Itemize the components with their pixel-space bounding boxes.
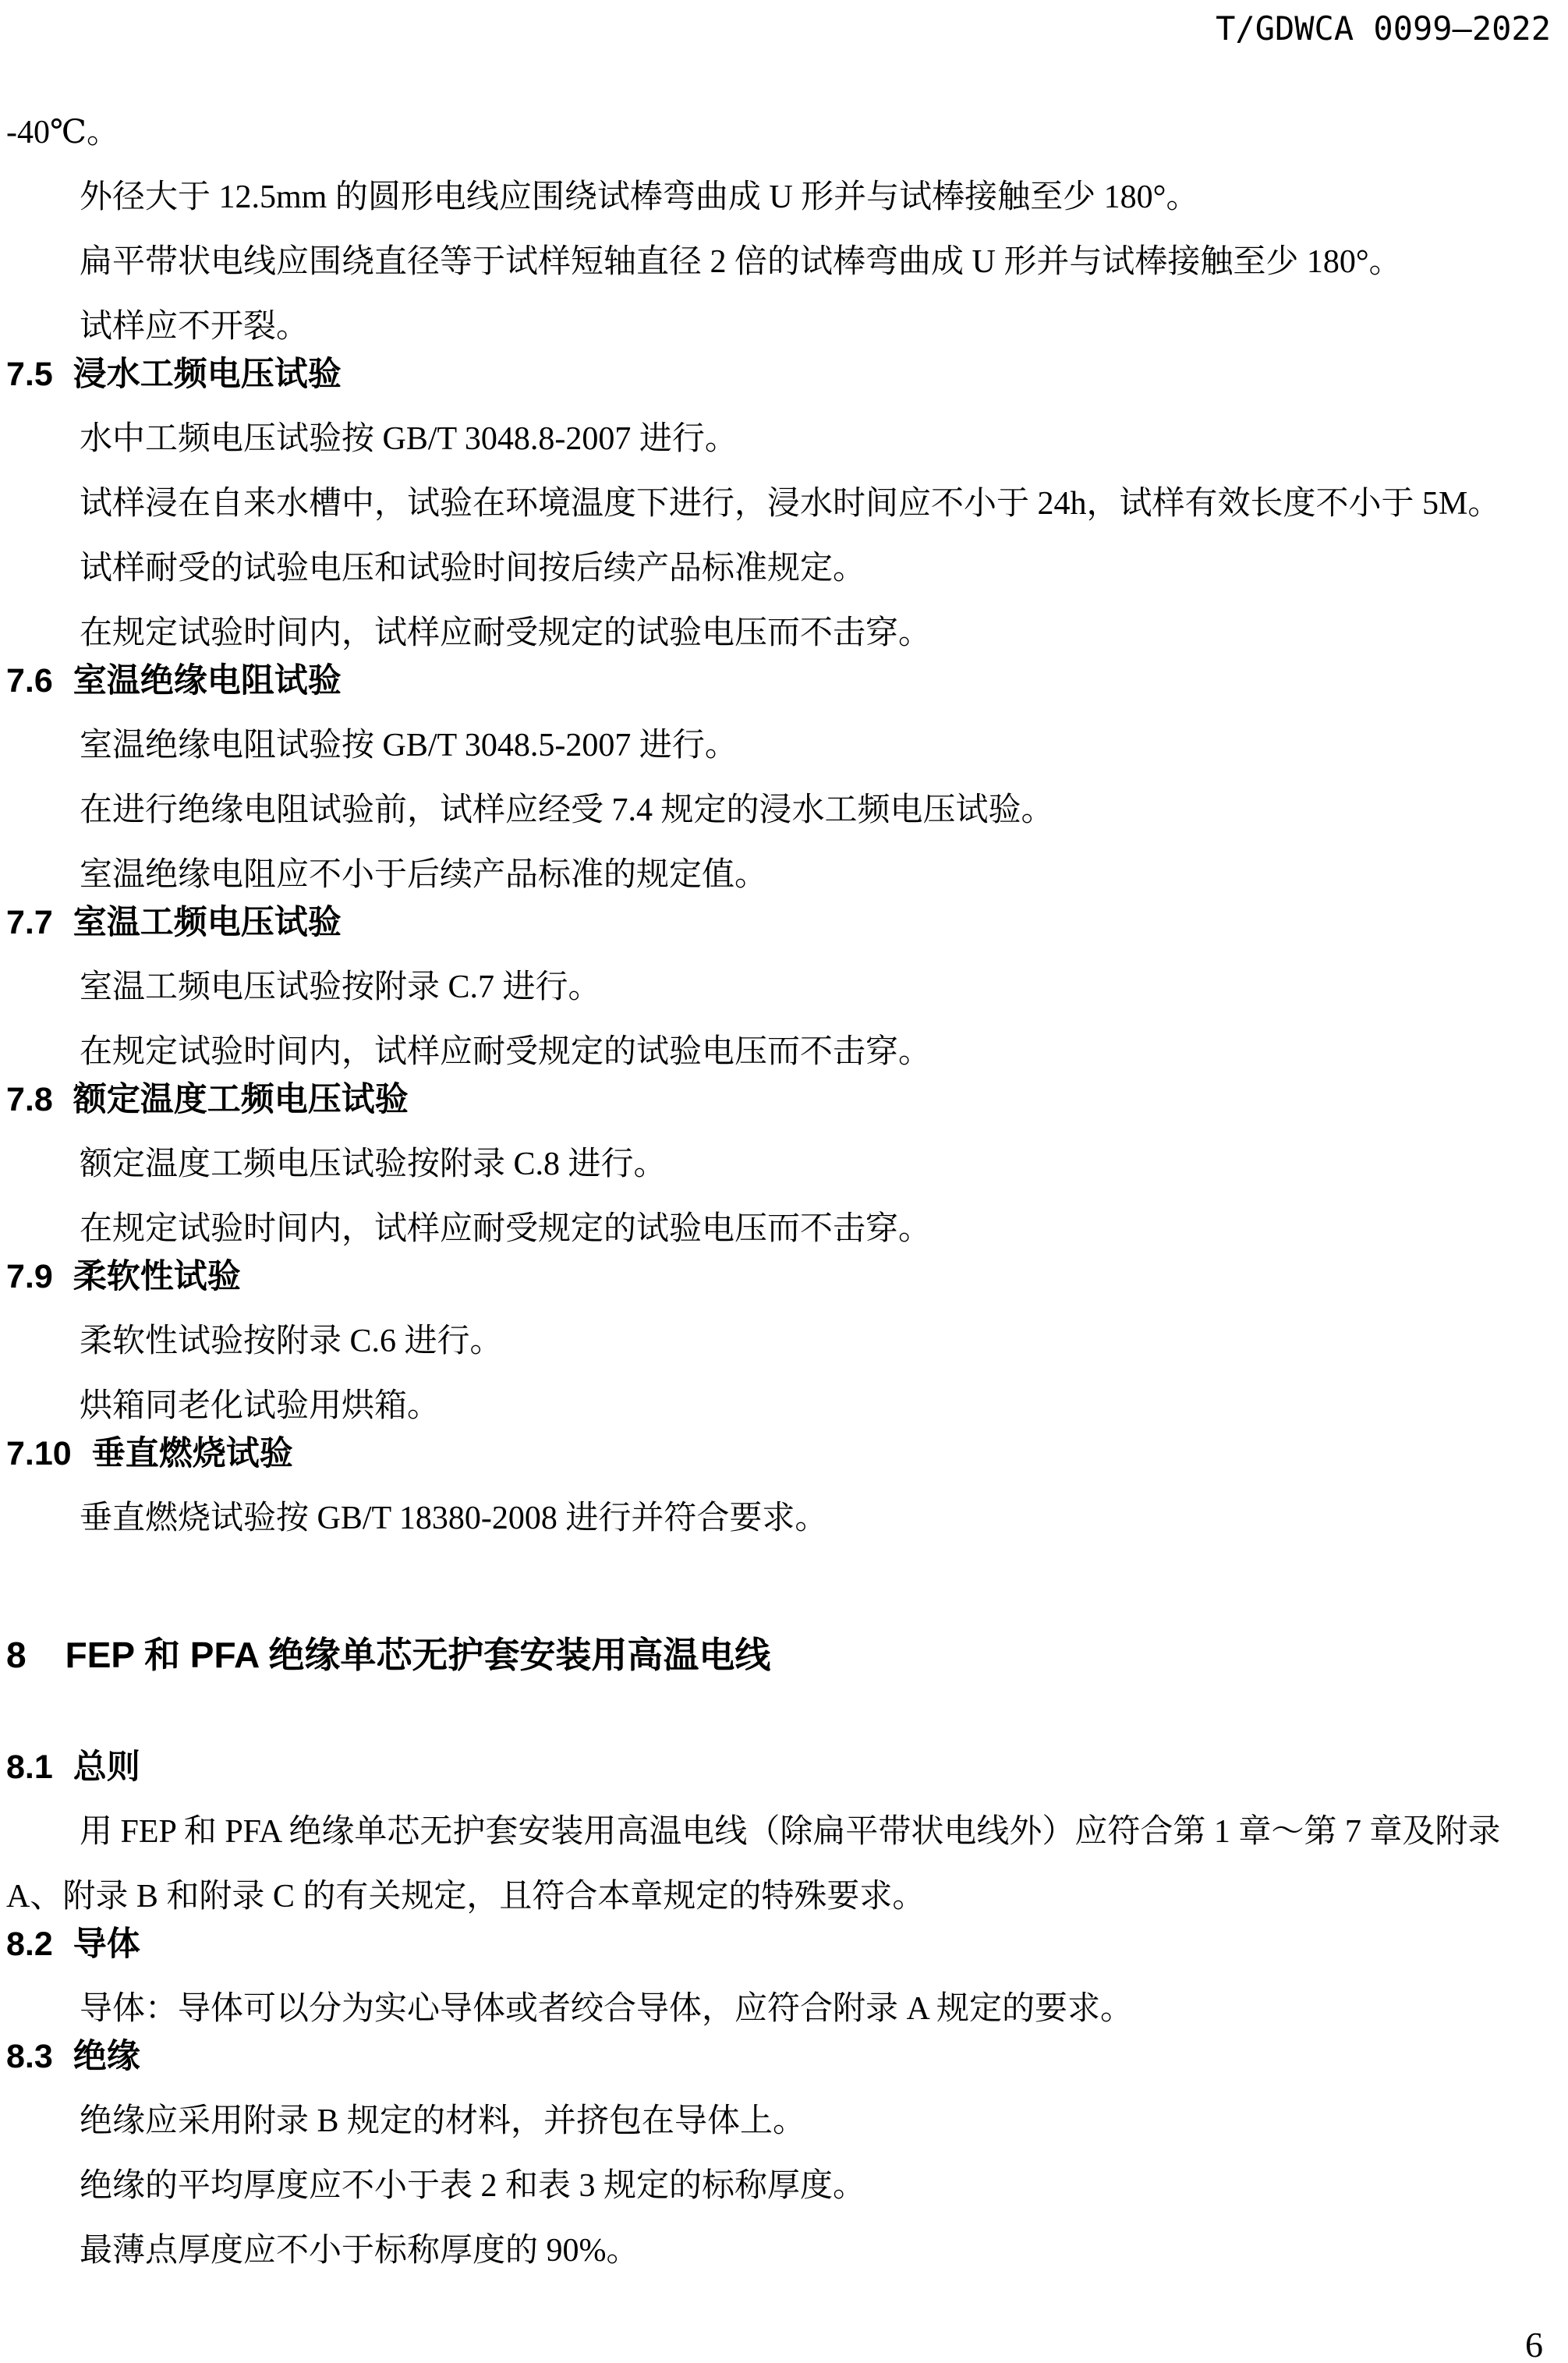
- paragraph: 绝缘应采用附录 B 规定的材料，并挤包在导体上。: [6, 2089, 1560, 2154]
- heading-number: 7.10: [6, 1422, 72, 1486]
- paragraph: 额定温度工频电压试验按附录 C.8 进行。: [6, 1132, 1560, 1197]
- paragraph: 试样耐受的试验电压和试验时间按后续产品标准规定。: [6, 537, 1560, 601]
- heading-number: 8.1: [6, 1735, 53, 1800]
- heading-7-7: 7.7室温工频电压试验: [6, 891, 1560, 955]
- heading-title: 总则: [73, 1748, 140, 1786]
- heading-number: 8.3: [6, 2025, 53, 2089]
- heading-number: 7.9: [6, 1245, 53, 1309]
- heading-title: 室温工频电压试验: [73, 904, 342, 941]
- document-page: T/GDWCA 0099—2022 -40℃。 外径大于 12.5mm 的圆形电…: [0, 0, 1568, 2363]
- paragraph: 柔软性试验按附录 C.6 进行。: [6, 1309, 1560, 1374]
- paragraph: 室温绝缘电阻试验按 GB/T 3048.5-2007 进行。: [6, 714, 1560, 778]
- heading-number: 8.2: [6, 1912, 53, 1977]
- heading-number: 7.5: [6, 342, 53, 407]
- heading-title: 柔软性试验: [73, 1258, 241, 1295]
- paragraph: 试样浸在自来水槽中，试验在环境温度下进行，浸水时间应不小于 24h，试样有效长度…: [6, 472, 1560, 537]
- heading-title: 导体: [73, 1925, 140, 1963]
- paragraph: 室温工频电压试验按附录 C.7 进行。: [6, 955, 1560, 1020]
- paragraph: 用 FEP 和 PFA 绝缘单芯无护套安装用高温电线（除扁平带状电线外）应符合第…: [6, 1800, 1560, 1865]
- heading-7-5: 7.5浸水工频电压试验: [6, 342, 1560, 407]
- heading-7-10: 7.10垂直燃烧试验: [6, 1422, 1560, 1486]
- paragraph: 垂直燃烧试验按 GB/T 18380-2008 进行并符合要求。: [6, 1486, 1560, 1551]
- heading-number: 8: [6, 1620, 27, 1690]
- document-content: -40℃。 外径大于 12.5mm 的圆形电线应围绕试棒弯曲成 U 形并与试棒接…: [6, 101, 1560, 2283]
- paragraph: 最薄点厚度应不小于标称厚度的 90%。: [6, 2219, 1560, 2283]
- paragraph: 绝缘的平均厚度应不小于表 2 和表 3 规定的标称厚度。: [6, 2154, 1560, 2219]
- heading-8-1: 8.1总则: [6, 1735, 1560, 1800]
- heading-title: 室温绝缘电阻试验: [73, 662, 342, 700]
- paragraph: -40℃。: [6, 101, 1560, 165]
- heading-title: 垂直燃烧试验: [92, 1435, 293, 1472]
- heading-number: 7.6: [6, 649, 53, 714]
- page-number: 6: [1525, 2327, 1543, 2363]
- paragraph: 在进行绝缘电阻试验前，试样应经受 7.4 规定的浸水工频电压试验。: [6, 778, 1560, 843]
- heading-title: 绝缘: [73, 2038, 140, 2075]
- heading-number: 7.7: [6, 891, 53, 955]
- heading-title: FEP 和 PFA 绝缘单芯无护套安装用高温电线: [65, 1635, 771, 1675]
- paragraph: 扁平带状电线应围绕直径等于试样短轴直径 2 倍的试棒弯曲成 U 形并与试棒接触至…: [6, 230, 1560, 295]
- heading-title: 额定温度工频电压试验: [73, 1081, 409, 1118]
- chapter-heading-8: 8FEP 和 PFA 绝缘单芯无护套安装用高温电线: [6, 1620, 1560, 1690]
- heading-title: 浸水工频电压试验: [73, 356, 342, 393]
- doc-code: T/GDWCA 0099—2022: [1216, 9, 1551, 48]
- heading-number: 7.8: [6, 1068, 53, 1132]
- paragraph: 外径大于 12.5mm 的圆形电线应围绕试棒弯曲成 U 形并与试棒接触至少 18…: [6, 165, 1560, 230]
- paragraph: 水中工频电压试验按 GB/T 3048.8-2007 进行。: [6, 407, 1560, 472]
